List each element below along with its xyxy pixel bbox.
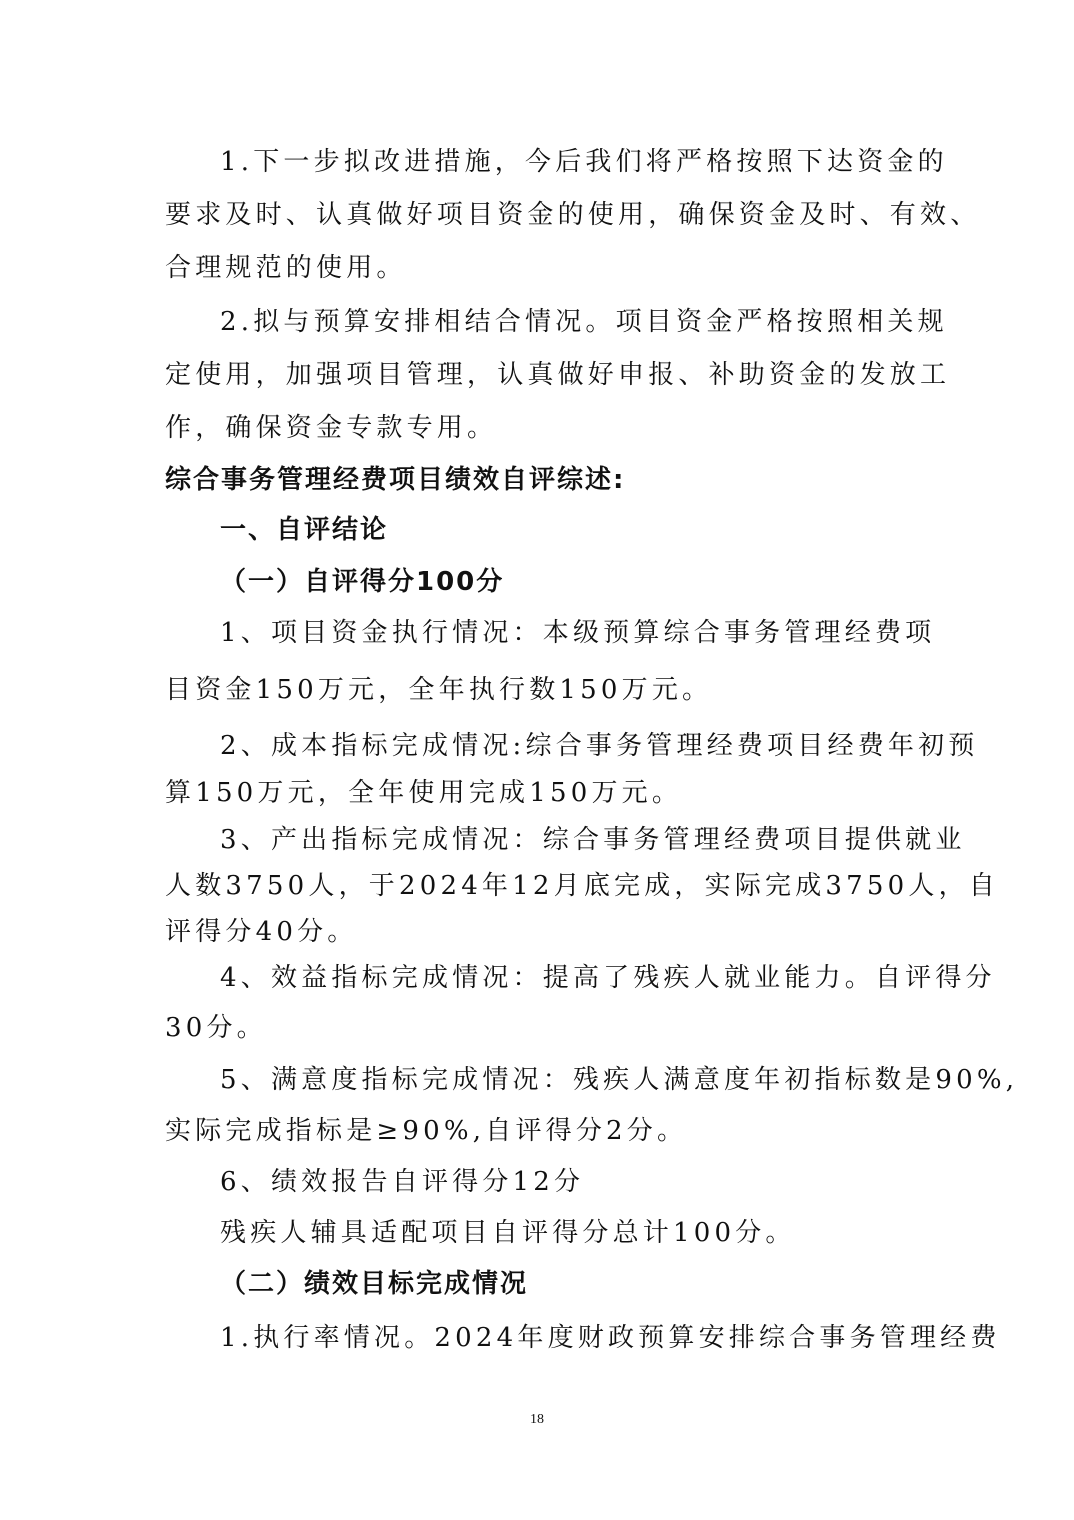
section-heading: 一、自评结论 <box>220 514 910 546</box>
section-heading: （二）绩效目标完成情况 <box>220 1268 910 1300</box>
paragraph-line: 合理规范的使用。 <box>165 252 910 284</box>
paragraph-line: 2、成本指标完成情况:综合事务管理经费项目经费年初预 <box>220 730 910 762</box>
paragraph-line: 1、项目资金执行情况：本级预算综合事务管理经费项 <box>220 617 910 649</box>
paragraph-line: 1.下一步拟改进措施，今后我们将严格按照下达资金的 <box>220 146 910 178</box>
paragraph-line: 2.拟与预算安排相结合情况。项目资金严格按照相关规 <box>220 306 910 338</box>
paragraph-line: 3、产出指标完成情况：综合事务管理经费项目提供就业 <box>220 824 910 856</box>
paragraph-line: 5、满意度指标完成情况：残疾人满意度年初指标数是90%, <box>220 1064 910 1096</box>
section-heading: 综合事务管理经费项目绩效自评综述: <box>165 464 910 496</box>
paragraph-line: 4、效益指标完成情况：提高了残疾人就业能力。自评得分 <box>220 962 910 994</box>
paragraph-line: 作，确保资金专款专用。 <box>165 412 910 444</box>
paragraph-line: 定使用，加强项目管理，认真做好申报、补助资金的发放工 <box>165 359 910 391</box>
paragraph-line: 实际完成指标是≥90%,自评得分2分。 <box>165 1115 910 1147</box>
section-heading: （一）自评得分100分 <box>220 566 910 598</box>
paragraph-line: 目资金150万元，全年执行数150万元。 <box>165 674 910 706</box>
paragraph-line: 1.执行率情况。2024年度财政预算安排综合事务管理经费 <box>220 1322 910 1354</box>
paragraph-line: 残疾人辅具适配项目自评得分总计100分。 <box>220 1217 910 1249</box>
paragraph-line: 评得分40分。 <box>165 916 910 948</box>
paragraph-line: 算150万元，全年使用完成150万元。 <box>165 777 910 809</box>
paragraph-line: 30分。 <box>165 1012 910 1044</box>
paragraph-line: 6、绩效报告自评得分12分 <box>220 1166 910 1198</box>
paragraph-line: 人数3750人，于2024年12月底完成，实际完成3750人，自 <box>165 870 910 902</box>
page-number: 18 <box>0 1412 1074 1428</box>
paragraph-line: 要求及时、认真做好项目资金的使用，确保资金及时、有效、 <box>165 199 910 231</box>
